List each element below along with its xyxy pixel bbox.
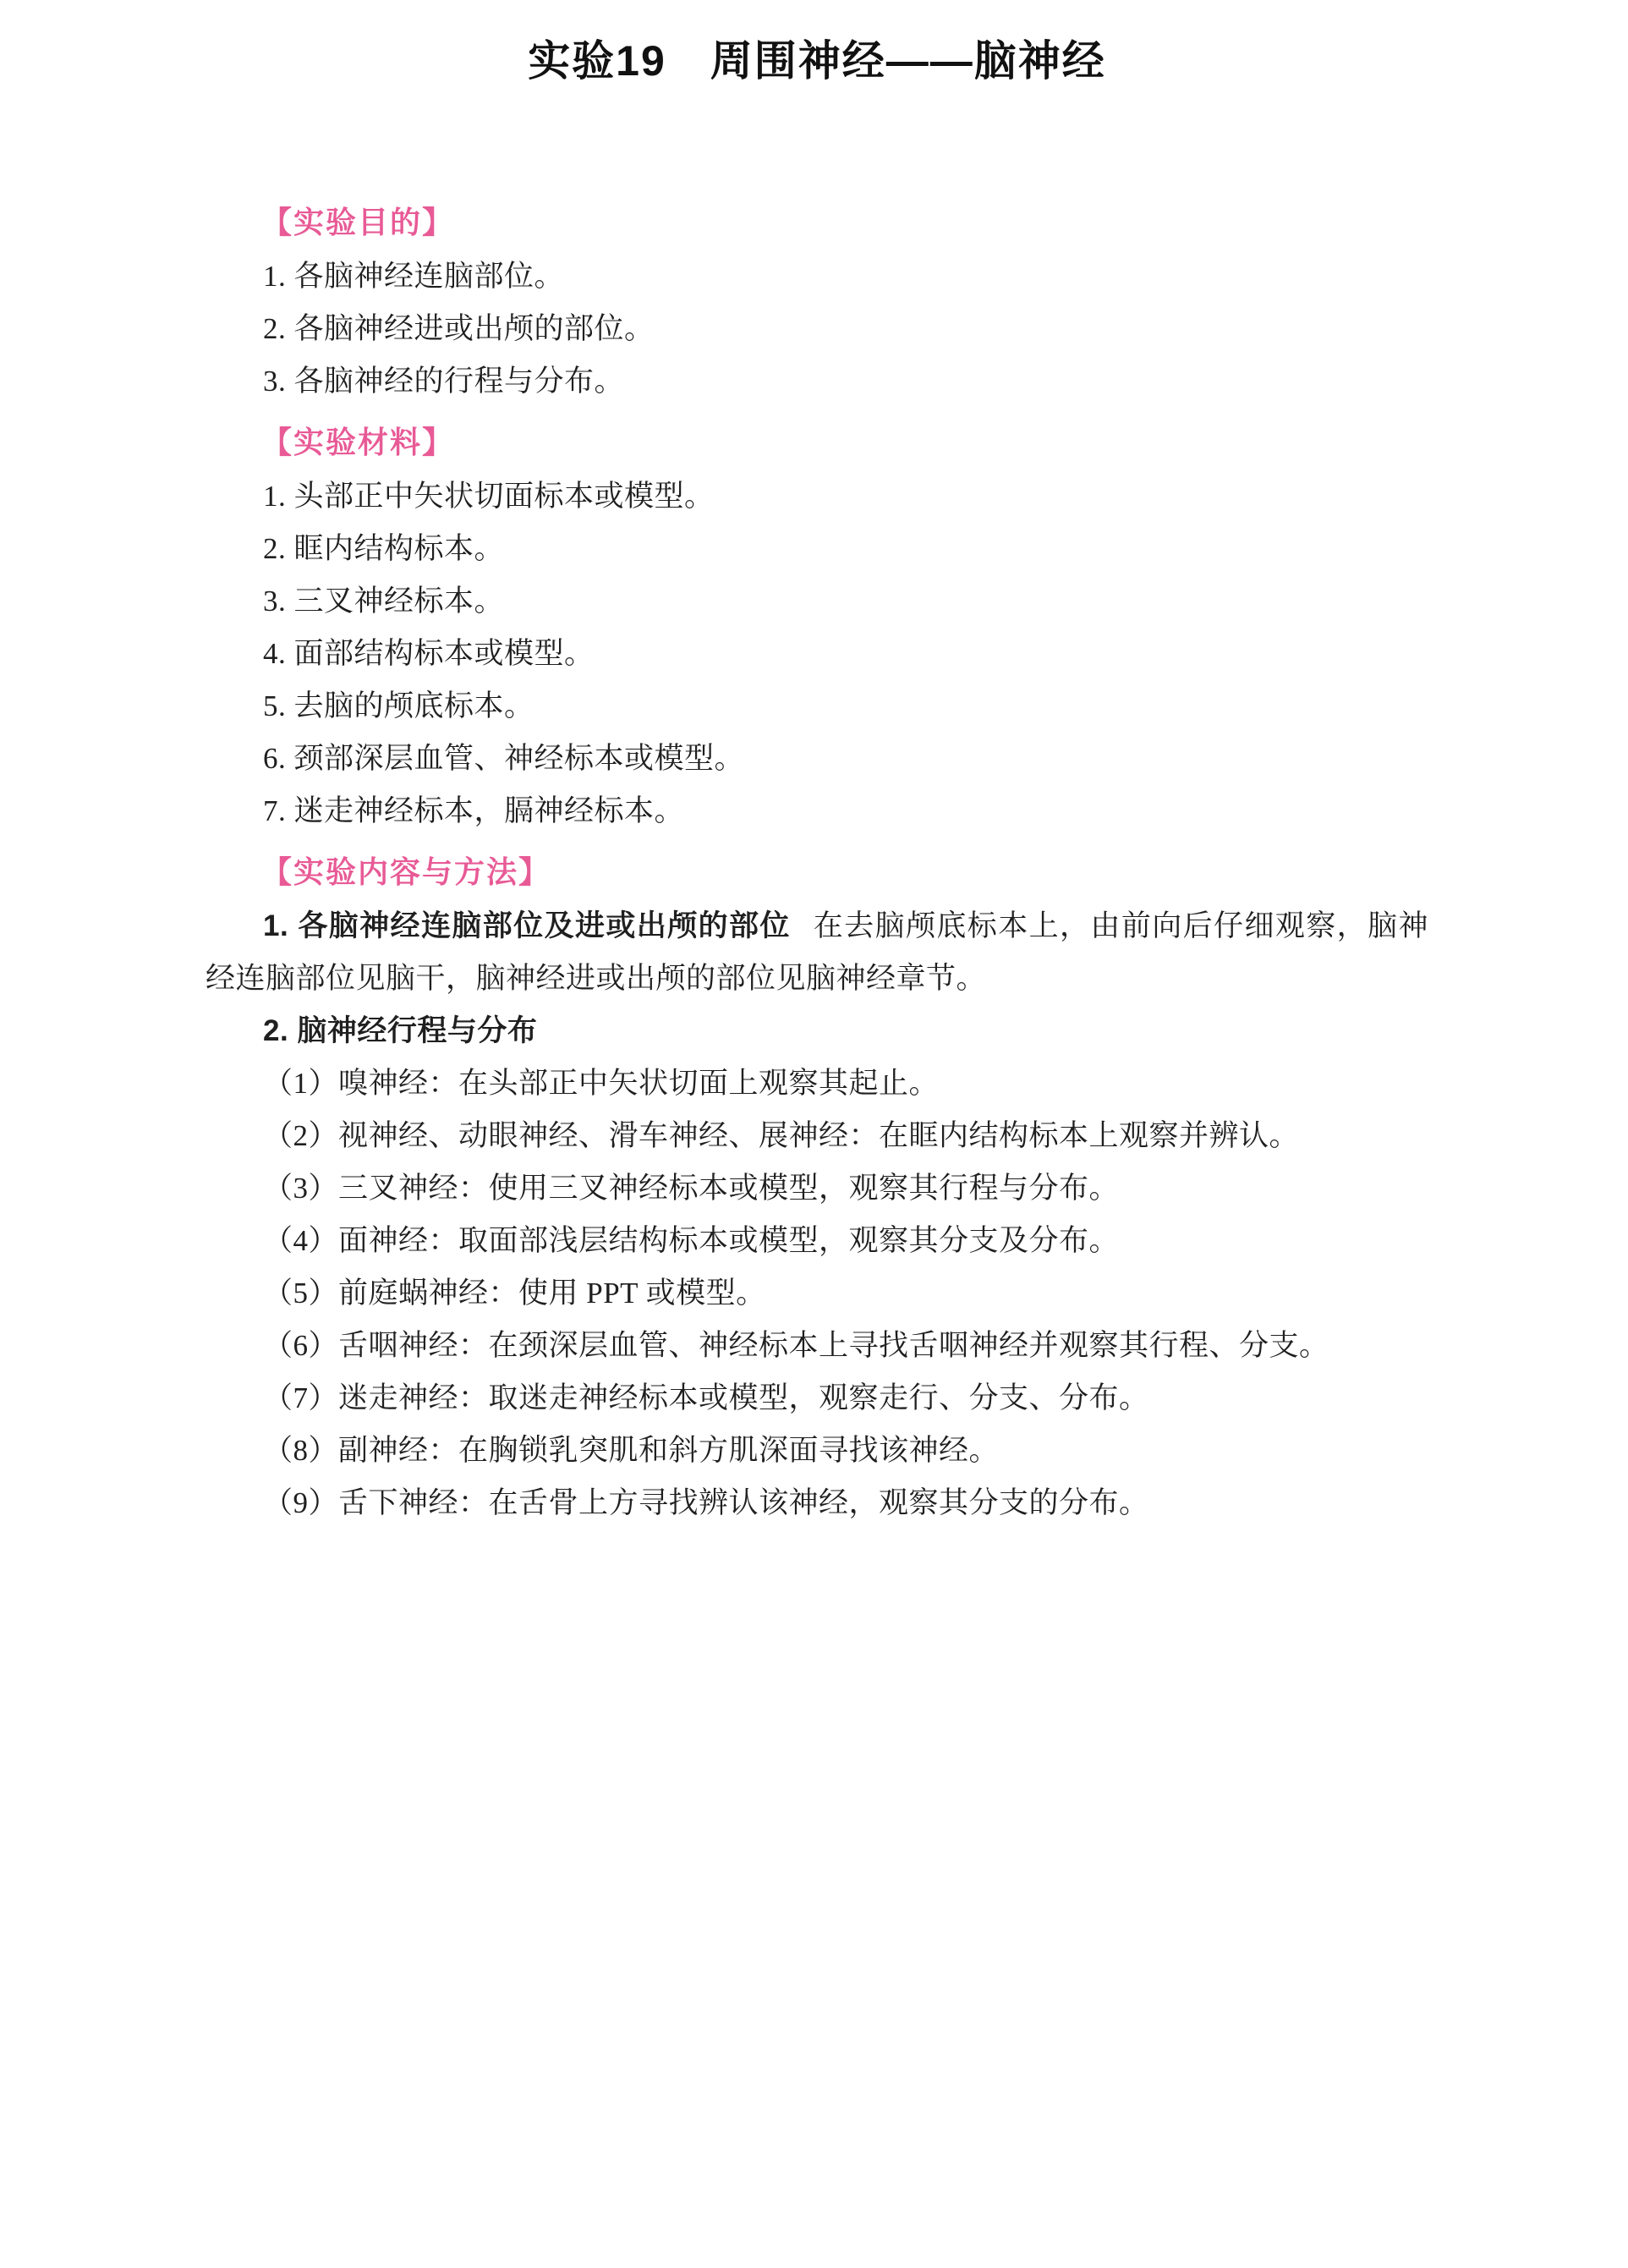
material-item: 4. 面部结构标本或模型。 (206, 628, 1428, 680)
method-substep: （1）嗅神经：在头部正中矢状切面上观察其起止。 (206, 1057, 1428, 1110)
method-substep: （9）舌下神经：在舌骨上方寻找辨认该神经，观察其分支的分布。 (206, 1477, 1428, 1529)
method-substep: （3）三叉神经：使用三叉神经标本或模型，观察其行程与分布。 (206, 1162, 1428, 1215)
method-step-1: 1. 各脑神经连脑部位及进或出颅的部位在去脑颅底标本上，由前向后仔细观察，脑神经… (206, 900, 1428, 1005)
material-item: 1. 头部正中矢状切面标本或模型。 (206, 470, 1428, 523)
material-item: 7. 迷走神经标本，膈神经标本。 (206, 785, 1428, 837)
section-header-materials: 【实验材料】 (206, 415, 1428, 470)
method-step-1-label: 1. 各脑神经连脑部位及进或出颅的部位 (263, 909, 791, 942)
method-substep: （7）迷走神经：取迷走神经标本或模型，观察走行、分支、分布。 (206, 1372, 1428, 1425)
method-substep: （4）面神经：取面部浅层结构标本或模型，观察其分支及分布。 (206, 1215, 1428, 1267)
page-title: 实验19 周围神经——脑神经 (206, 36, 1428, 86)
purpose-item: 1. 各脑神经连脑部位。 (206, 250, 1428, 303)
method-step-2-label: 2. 脑神经行程与分布 (206, 1005, 1428, 1057)
method-substep: （8）副神经：在胸锁乳突肌和斜方肌深面寻找该神经。 (206, 1425, 1428, 1477)
section-header-purpose: 【实验目的】 (206, 195, 1428, 250)
section-header-methods: 【实验内容与方法】 (206, 844, 1428, 900)
method-substep: （5）前庭蜗神经：使用 PPT 或模型。 (206, 1267, 1428, 1320)
document-page: 实验19 周围神经——脑神经 【实验目的】 1. 各脑神经连脑部位。 2. 各脑… (206, 36, 1428, 1529)
material-item: 3. 三叉神经标本。 (206, 575, 1428, 628)
method-substep: （6）舌咽神经：在颈深层血管、神经标本上寻找舌咽神经并观察其行程、分支。 (206, 1320, 1428, 1372)
material-item: 5. 去脑的颅底标本。 (206, 680, 1428, 733)
material-item: 2. 眶内结构标本。 (206, 523, 1428, 575)
purpose-item: 3. 各脑神经的行程与分布。 (206, 355, 1428, 408)
material-item: 6. 颈部深层血管、神经标本或模型。 (206, 733, 1428, 785)
method-substep: （2）视神经、动眼神经、滑车神经、展神经：在眶内结构标本上观察并辨认。 (206, 1110, 1428, 1162)
purpose-item: 2. 各脑神经进或出颅的部位。 (206, 303, 1428, 355)
